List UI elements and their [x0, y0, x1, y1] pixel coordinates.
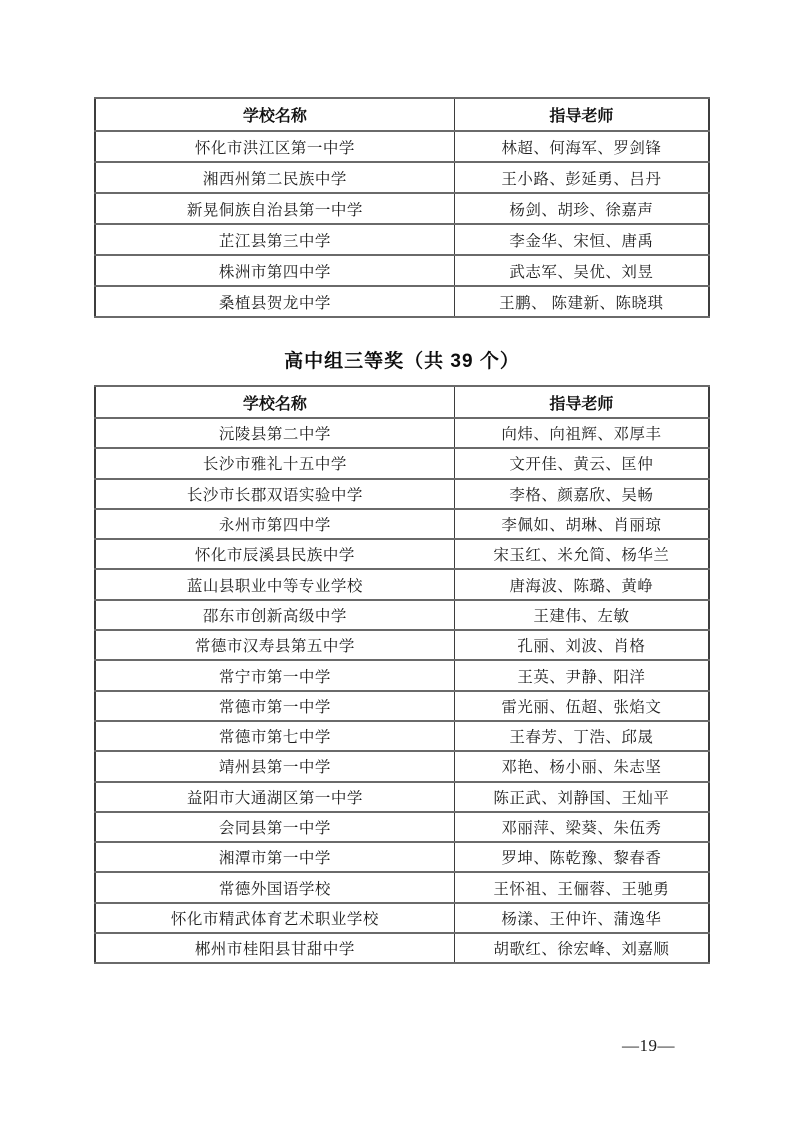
- column-header-supervising-teachers: 指导老师: [454, 386, 709, 418]
- teachers-cell: 武志军、吴优、刘昱: [454, 255, 709, 286]
- teachers-cell: 罗坤、陈乾豫、黎春香: [454, 842, 709, 872]
- teachers-cell: 王英、尹静、阳洋: [454, 660, 709, 690]
- table-row: 常德市第七中学王春芳、丁浩、邱晟: [95, 721, 709, 751]
- school-name-cell: 益阳市大通湖区第一中学: [95, 782, 454, 812]
- school-name-cell: 桑植县贺龙中学: [95, 286, 454, 317]
- teachers-cell: 孔丽、刘波、肖格: [454, 630, 709, 660]
- teachers-cell: 王建伟、左敏: [454, 600, 709, 630]
- school-name-cell: 长沙市雅礼十五中学: [95, 448, 454, 478]
- table-row: 长沙市雅礼十五中学文开佳、黄云、匡仲: [95, 448, 709, 478]
- school-name-cell: 会同县第一中学: [95, 812, 454, 842]
- school-name-cell: 新晃侗族自治县第一中学: [95, 193, 454, 224]
- table-row: 沅陵县第二中学向炜、向祖辉、邓厚丰: [95, 418, 709, 448]
- teachers-cell: 唐海波、陈璐、黄峥: [454, 569, 709, 599]
- document-page-content: 学校名称 指导老师 怀化市洪江区第一中学林超、何海军、罗剑锋湘西州第二民族中学王…: [94, 97, 710, 964]
- school-name-cell: 常德市汉寿县第五中学: [95, 630, 454, 660]
- teachers-cell: 王春芳、丁浩、邱晟: [454, 721, 709, 751]
- table-row: 永州市第四中学李佩如、胡琳、肖丽琼: [95, 509, 709, 539]
- school-name-cell: 邵东市创新高级中学: [95, 600, 454, 630]
- table-row: 靖州县第一中学邓艳、杨小丽、朱志坚: [95, 751, 709, 781]
- teachers-cell: 杨剑、胡珍、徐嘉声: [454, 193, 709, 224]
- school-name-cell: 怀化市精武体育艺术职业学校: [95, 903, 454, 933]
- school-name-cell: 永州市第四中学: [95, 509, 454, 539]
- teachers-cell: 邓丽萍、梁葵、朱伍秀: [454, 812, 709, 842]
- column-header-school-name: 学校名称: [95, 386, 454, 418]
- table-row: 邵东市创新高级中学王建伟、左敏: [95, 600, 709, 630]
- teachers-cell: 李佩如、胡琳、肖丽琼: [454, 509, 709, 539]
- school-name-cell: 常德市第一中学: [95, 691, 454, 721]
- teachers-cell: 李金华、宋恒、唐禹: [454, 224, 709, 255]
- table-row: 怀化市辰溪县民族中学宋玉红、米允简、杨华兰: [95, 539, 709, 569]
- teachers-cell: 陈正武、刘静国、王灿平: [454, 782, 709, 812]
- teachers-cell: 王怀祖、王俪蓉、王驰勇: [454, 872, 709, 902]
- table-row: 常德市汉寿县第五中学孔丽、刘波、肖格: [95, 630, 709, 660]
- page-number: —19—: [622, 1036, 675, 1056]
- school-name-cell: 郴州市桂阳县甘甜中学: [95, 933, 454, 963]
- teachers-cell: 杨漾、王仲许、蒲逸华: [454, 903, 709, 933]
- teachers-cell: 雷光丽、伍超、张焰文: [454, 691, 709, 721]
- table-row: 常德外国语学校王怀祖、王俪蓉、王驰勇: [95, 872, 709, 902]
- school-name-cell: 沅陵县第二中学: [95, 418, 454, 448]
- school-name-cell: 芷江县第三中学: [95, 224, 454, 255]
- teachers-cell: 王鹏、 陈建新、陈晓琪: [454, 286, 709, 317]
- table-row: 怀化市洪江区第一中学林超、何海军、罗剑锋: [95, 131, 709, 162]
- table-row: 湘潭市第一中学罗坤、陈乾豫、黎春香: [95, 842, 709, 872]
- table-header-row: 学校名称 指导老师: [95, 98, 709, 131]
- table-row: 会同县第一中学邓丽萍、梁葵、朱伍秀: [95, 812, 709, 842]
- table-row: 长沙市长郡双语实验中学李格、颜嘉欣、吴畅: [95, 479, 709, 509]
- school-name-cell: 长沙市长郡双语实验中学: [95, 479, 454, 509]
- table-row: 新晃侗族自治县第一中学杨剑、胡珍、徐嘉声: [95, 193, 709, 224]
- table-row: 怀化市精武体育艺术职业学校杨漾、王仲许、蒲逸华: [95, 903, 709, 933]
- table-row: 芷江县第三中学李金华、宋恒、唐禹: [95, 224, 709, 255]
- table-row: 桑植县贺龙中学王鹏、 陈建新、陈晓琪: [95, 286, 709, 317]
- school-name-cell: 常德外国语学校: [95, 872, 454, 902]
- school-name-cell: 株洲市第四中学: [95, 255, 454, 286]
- table-row: 常德市第一中学雷光丽、伍超、张焰文: [95, 691, 709, 721]
- school-name-cell: 湘西州第二民族中学: [95, 162, 454, 193]
- award-table-continued: 学校名称 指导老师 怀化市洪江区第一中学林超、何海军、罗剑锋湘西州第二民族中学王…: [94, 97, 710, 318]
- teachers-cell: 李格、颜嘉欣、吴畅: [454, 479, 709, 509]
- table-row: 益阳市大通湖区第一中学陈正武、刘静国、王灿平: [95, 782, 709, 812]
- teachers-cell: 林超、何海军、罗剑锋: [454, 131, 709, 162]
- school-name-cell: 常宁市第一中学: [95, 660, 454, 690]
- table-row: 株洲市第四中学武志军、吴优、刘昱: [95, 255, 709, 286]
- teachers-cell: 胡歌红、徐宏峰、刘嘉顺: [454, 933, 709, 963]
- teachers-cell: 王小路、彭延勇、吕丹: [454, 162, 709, 193]
- school-name-cell: 常德市第七中学: [95, 721, 454, 751]
- table-row: 蓝山县职业中等专业学校唐海波、陈璐、黄峥: [95, 569, 709, 599]
- teachers-cell: 宋玉红、米允简、杨华兰: [454, 539, 709, 569]
- table-row: 郴州市桂阳县甘甜中学胡歌红、徐宏峰、刘嘉顺: [95, 933, 709, 963]
- column-header-school-name: 学校名称: [95, 98, 454, 131]
- table-row: 湘西州第二民族中学王小路、彭延勇、吕丹: [95, 162, 709, 193]
- table-row: 常宁市第一中学王英、尹静、阳洋: [95, 660, 709, 690]
- school-name-cell: 怀化市洪江区第一中学: [95, 131, 454, 162]
- teachers-cell: 邓艳、杨小丽、朱志坚: [454, 751, 709, 781]
- teachers-cell: 文开佳、黄云、匡仲: [454, 448, 709, 478]
- section-heading-high-school-third-prize: 高中组三等奖（共 39 个）: [94, 318, 710, 385]
- school-name-cell: 湘潭市第一中学: [95, 842, 454, 872]
- column-header-supervising-teachers: 指导老师: [454, 98, 709, 131]
- school-name-cell: 靖州县第一中学: [95, 751, 454, 781]
- teachers-cell: 向炜、向祖辉、邓厚丰: [454, 418, 709, 448]
- school-name-cell: 蓝山县职业中等专业学校: [95, 569, 454, 599]
- award-table-third-prize: 学校名称 指导老师 沅陵县第二中学向炜、向祖辉、邓厚丰长沙市雅礼十五中学文开佳、…: [94, 385, 710, 964]
- school-name-cell: 怀化市辰溪县民族中学: [95, 539, 454, 569]
- table-header-row: 学校名称 指导老师: [95, 386, 709, 418]
